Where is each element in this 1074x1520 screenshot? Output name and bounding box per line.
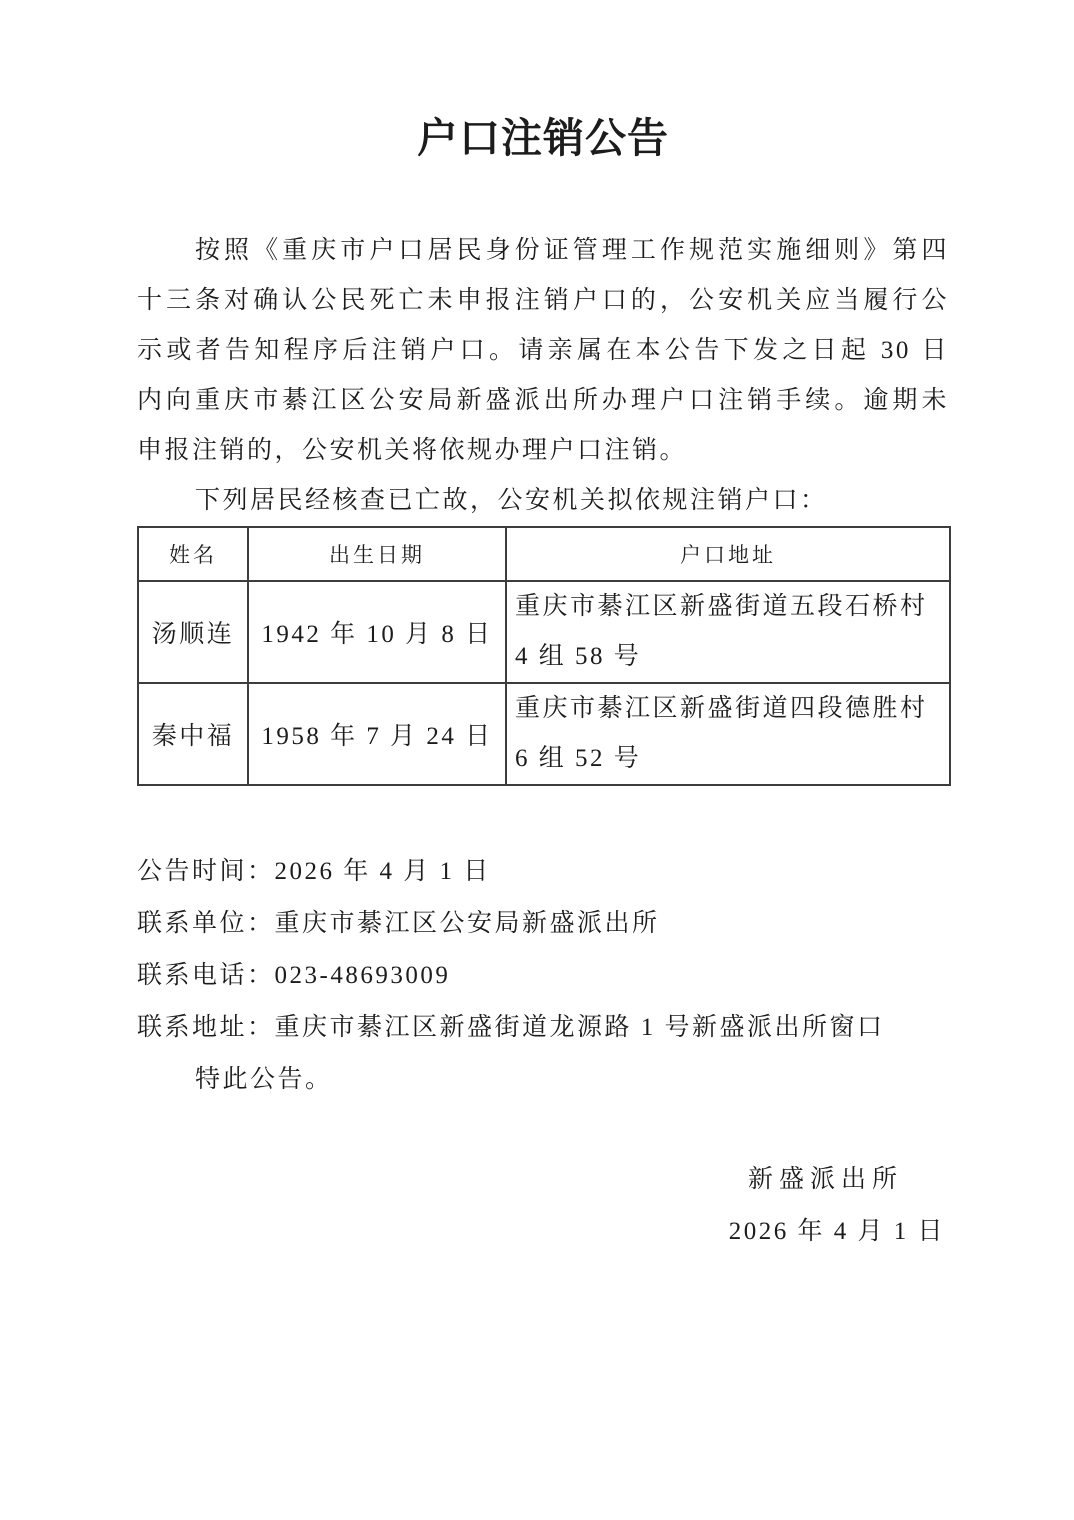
cell-name: 汤顺连	[138, 581, 248, 683]
column-header-birth-date: 出生日期	[248, 527, 506, 581]
page-title: 户口注销公告	[137, 112, 949, 164]
paragraph-line: 内向重庆市綦江区公安局新盛派出所办理户口注销手续。逾期未	[137, 376, 949, 426]
table-header-row: 姓名 出生日期 户口地址	[138, 527, 950, 581]
cell-birth-date: 1958 年 7 月 24 日	[248, 683, 506, 785]
paragraph-line: 按照《重庆市户口居民身份证管理工作规范实施细则》第四	[137, 226, 949, 276]
closing-statement: 特此公告。	[137, 1054, 949, 1106]
paragraph-line: 申报注销的，公安机关将依规办理户口注销。	[137, 426, 949, 476]
contact-phone-line: 联系电话：023-48693009	[137, 950, 949, 1002]
notice-content: 户口注销公告 按照《重庆市户口居民身份证管理工作规范实施细则》第四 十三条对确认…	[137, 0, 949, 1258]
signature-organization: 新盛派出所	[137, 1154, 949, 1206]
announce-time-line: 公告时间：2026 年 4 月 1 日	[137, 846, 949, 898]
paragraph-line: 示或者告知程序后注销户口。请亲属在本公告下发之日起 30 日	[137, 326, 949, 376]
signature-date: 2026 年 4 月 1 日	[137, 1206, 949, 1258]
main-paragraph: 按照《重庆市户口居民身份证管理工作规范实施细则》第四 十三条对确认公民死亡未申报…	[137, 226, 949, 476]
paragraph-line: 十三条对确认公民死亡未申报注销户口的，公安机关应当履行公	[137, 276, 949, 326]
cell-name: 秦中福	[138, 683, 248, 785]
contact-unit-line: 联系单位：重庆市綦江区公安局新盛派出所	[137, 898, 949, 950]
residents-table: 姓名 出生日期 户口地址 汤顺连 1942 年 10 月 8 日 重庆市綦江区新…	[137, 526, 951, 786]
cell-address: 重庆市綦江区新盛街道五段石桥村 4 组 58 号	[506, 581, 950, 683]
contact-block: 公告时间：2026 年 4 月 1 日 联系单位：重庆市綦江区公安局新盛派出所 …	[137, 846, 949, 1106]
table-row: 秦中福 1958 年 7 月 24 日 重庆市綦江区新盛街道四段德胜村 6 组 …	[138, 683, 950, 785]
signature-block: 新盛派出所 2026 年 4 月 1 日	[137, 1154, 949, 1258]
cell-address: 重庆市綦江区新盛街道四段德胜村 6 组 52 号	[506, 683, 950, 785]
table-intro-paragraph: 下列居民经核查已亡故，公安机关拟依规注销户口：	[137, 476, 949, 526]
column-header-address: 户口地址	[506, 527, 950, 581]
contact-address-line: 联系地址：重庆市綦江区新盛街道龙源路 1 号新盛派出所窗口	[137, 1002, 949, 1054]
table-row: 汤顺连 1942 年 10 月 8 日 重庆市綦江区新盛街道五段石桥村 4 组 …	[138, 581, 950, 683]
column-header-name: 姓名	[138, 527, 248, 581]
notice-page: 户口注销公告 按照《重庆市户口居民身份证管理工作规范实施细则》第四 十三条对确认…	[0, 0, 1074, 1520]
cell-birth-date: 1942 年 10 月 8 日	[248, 581, 506, 683]
